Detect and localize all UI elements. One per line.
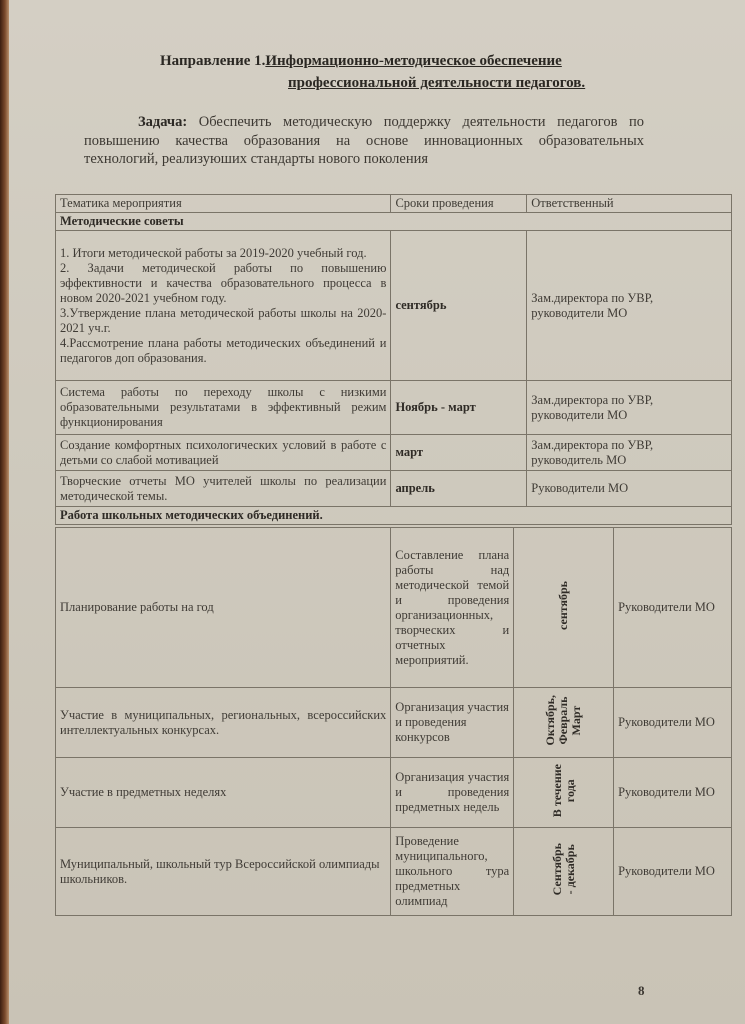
table-row: Творческие отчеты МО учителей школы по р… (56, 471, 732, 507)
topic-cell: Создание комфортных психологических усло… (56, 435, 391, 471)
topic-item: 2. Задачи методической работы по повышен… (60, 261, 386, 306)
term-text: сентябрь (557, 581, 570, 630)
content-cell: Составление плана работы над методическо… (391, 528, 514, 688)
topic-cell: Планирование работы на год (56, 528, 391, 688)
topic-item: 1. Итоги методической работы за 2019-202… (60, 246, 386, 261)
responsible-cell: Зам.директора по УВР, руководители МО (527, 381, 732, 435)
section-heading: Направление 1.Информационно-методическое… (160, 50, 660, 94)
topic-cell: Участие в предметных неделях (56, 758, 391, 828)
table-row: Планирование работы на год Составление п… (56, 528, 732, 688)
term-cell: В течение года (514, 758, 614, 828)
heading-prefix: Направление 1. (160, 53, 265, 69)
section-row: Работа школьных методических объединений… (56, 507, 732, 525)
responsible-cell: Руководители МО (614, 758, 732, 828)
content-cell: Проведение муниципального, школьного тур… (391, 828, 514, 916)
responsible-cell: Руководители МО (614, 828, 732, 916)
mo-work-table: Планирование работы на год Составление п… (55, 527, 732, 916)
term-text: Октябрь, Февраль Март (544, 695, 583, 746)
plan-table: Тематика мероприятия Сроки проведения От… (55, 194, 732, 525)
section-title-methodical-councils: Методические советы (56, 213, 732, 231)
content-cell: Организация участия и проведения предмет… (391, 758, 514, 828)
table-header-row: Тематика мероприятия Сроки проведения От… (56, 195, 732, 213)
book-spine-edge (0, 0, 9, 1024)
term-cell: апрель (391, 471, 527, 507)
table-row: Участие в предметных неделях Организация… (56, 758, 732, 828)
header-term: Сроки проведения (391, 195, 527, 213)
topic-item: 3.Утверждение плана методической работы … (60, 306, 386, 336)
term-cell: сентябрь (391, 231, 527, 381)
page-number: 8 (638, 983, 645, 999)
topic-item: 4.Рассмотрение плана работы методических… (60, 336, 386, 366)
topic-cell: Участие в муниципальных, региональных, в… (56, 688, 391, 758)
section-row: Методические советы (56, 213, 732, 231)
topic-cell: Муниципальный, школьный тур Всероссийско… (56, 828, 391, 916)
table-row: Система работы по переходу школы с низки… (56, 381, 732, 435)
responsible-cell: Зам.директора по УВР, руководители МО (527, 231, 732, 381)
header-topic: Тематика мероприятия (56, 195, 391, 213)
term-cell: Ноябрь - март (391, 381, 527, 435)
table-row: 1. Итоги методической работы за 2019-202… (56, 231, 732, 381)
table-row: Создание комфортных психологических усло… (56, 435, 732, 471)
term-cell: март (391, 435, 527, 471)
term-cell: сентябрь (514, 528, 614, 688)
task-label: Задача: (138, 114, 187, 130)
topic-cell: Творческие отчеты МО учителей школы по р… (56, 471, 391, 507)
header-responsible: Ответственный (527, 195, 732, 213)
content-cell: Организация участия и проведения конкурс… (391, 688, 514, 758)
term-cell: Сентябрь - декабрь (514, 828, 614, 916)
responsible-cell: Зам.директора по УВР, руководитель МО (527, 435, 732, 471)
term-cell: Октябрь, Февраль Март (514, 688, 614, 758)
task-paragraph: Задача: Обеспечить методическую поддержк… (84, 113, 644, 169)
topic-cell: Система работы по переходу школы с низки… (56, 381, 391, 435)
table-row: Муниципальный, школьный тур Всероссийско… (56, 828, 732, 916)
term-text: Сентябрь - декабрь (551, 843, 577, 895)
term-text: В течение года (551, 764, 577, 817)
heading-title-line1: Информационно-методическое обеспечение (265, 53, 561, 69)
heading-title-line2: профессиональной деятельности педагогов. (288, 75, 585, 91)
topic-cell: 1. Итоги методической работы за 2019-202… (56, 231, 391, 381)
responsible-cell: Руководители МО (614, 688, 732, 758)
table-row: Участие в муниципальных, региональных, в… (56, 688, 732, 758)
section-title-school-mo: Работа школьных методических объединений… (56, 507, 732, 525)
responsible-cell: Руководители МО (614, 528, 732, 688)
responsible-cell: Руководители МО (527, 471, 732, 507)
